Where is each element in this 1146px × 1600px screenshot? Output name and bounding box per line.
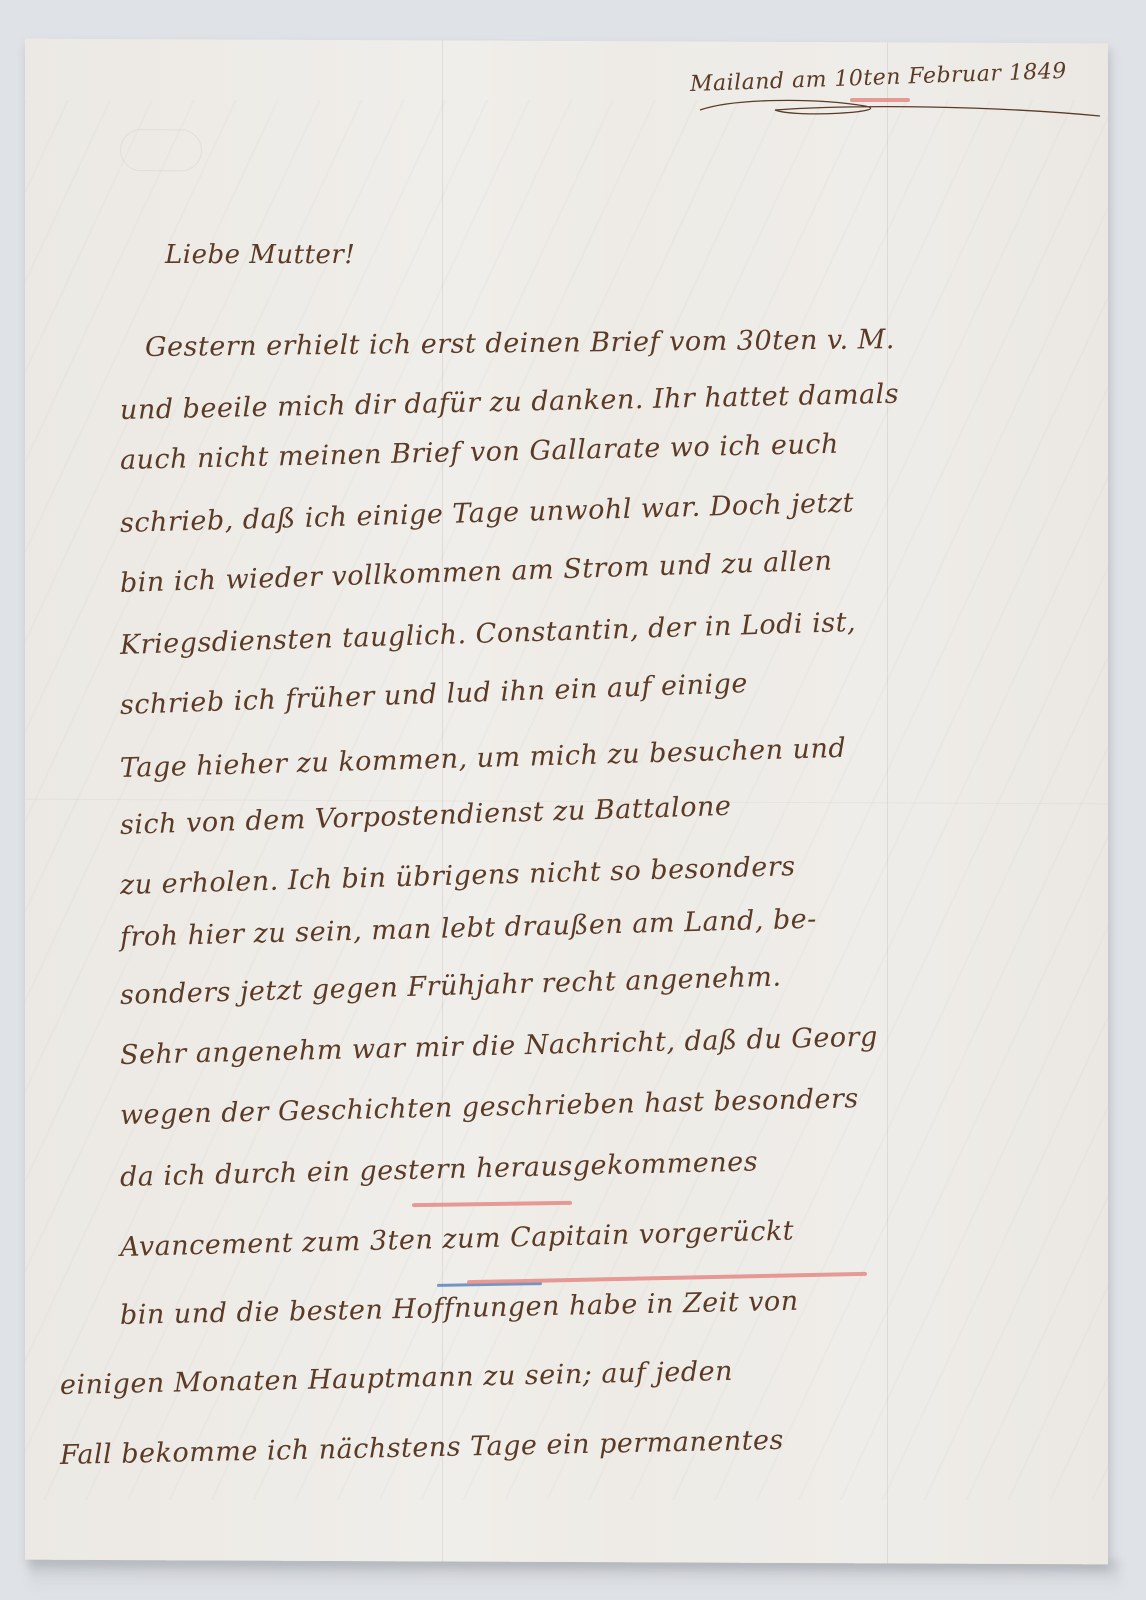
page-shadow xyxy=(30,1560,1120,1590)
faint-embossed-stamp xyxy=(120,129,202,171)
red-pencil-mark-date xyxy=(850,98,910,102)
salutation: Liebe Mutter! xyxy=(165,240,355,270)
